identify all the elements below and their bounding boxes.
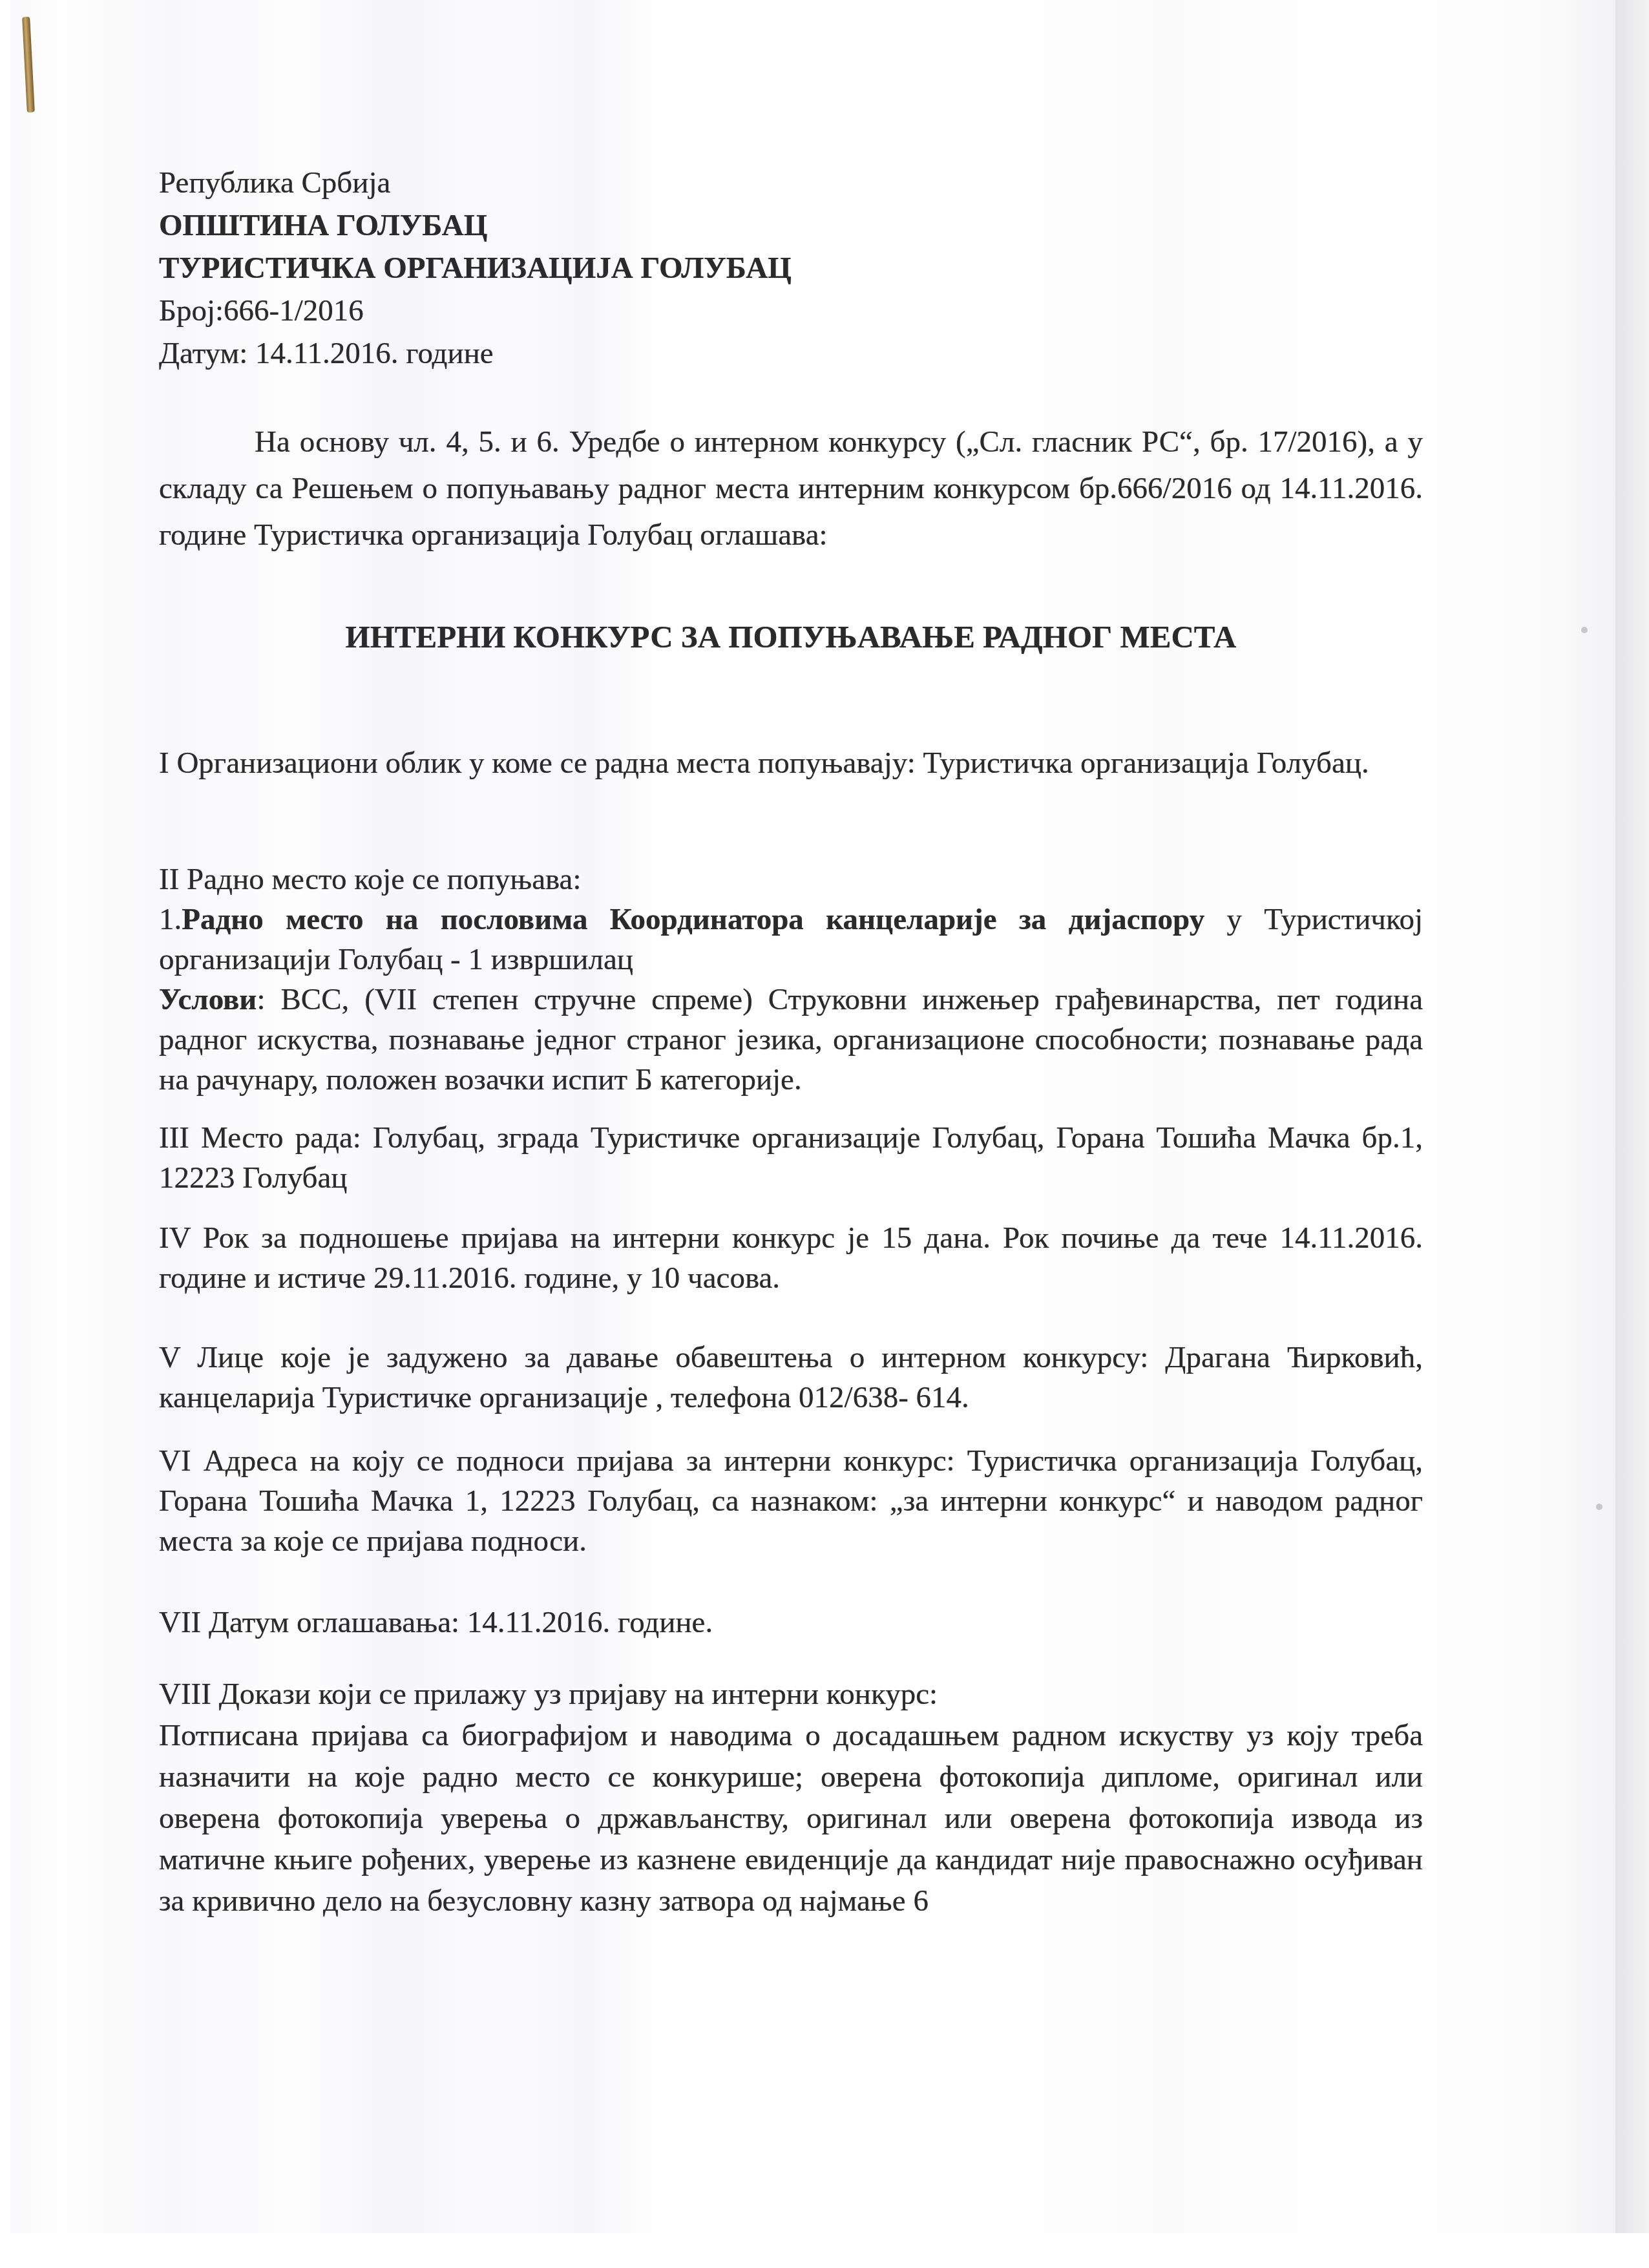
position-number: 1. [159, 903, 182, 936]
section-numeral: II [159, 863, 179, 896]
position-title: Радно место на пословима Координатора ка… [182, 903, 1204, 936]
document-date: Датум: 14.11.2016. године [159, 332, 1423, 375]
section-text: Датум оглашавања: 14.11.2016. године. [209, 1606, 713, 1639]
scan-speck [1581, 627, 1588, 633]
conditions: Услови: ВСС, (VII степен стручне спреме)… [159, 980, 1423, 1100]
intro-text: На основу чл. 4, 5. и 6. Уредбе о интерн… [159, 425, 1423, 552]
country-line: Република Србија [159, 162, 1423, 204]
section-IV: IV Рок за подношење пријава на интерни к… [159, 1218, 1423, 1298]
section-text: Рок за подношење пријава на интерни конк… [159, 1221, 1423, 1295]
document-title: ИНТЕРНИ КОНКУРС ЗА ПОПУЊАВАЊЕ РАДНОГ МЕС… [159, 617, 1423, 657]
section-text: Лице које је задужено за давање обавеште… [159, 1341, 1423, 1414]
intro-paragraph: На основу чл. 4, 5. и 6. Уредбе о интерн… [159, 419, 1423, 558]
section-numeral: IV [159, 1221, 191, 1255]
section-text: Место рада: Голубац, зграда Туристичке о… [159, 1121, 1423, 1195]
section-V: V Лице које је задужено за давање обавеш… [159, 1338, 1423, 1418]
section-numeral: VII [159, 1606, 201, 1639]
municipality-line: ОПШТИНА ГОЛУБАЦ [159, 204, 1423, 247]
section-VI: VI Адреса на коју се подноси пријава за … [159, 1441, 1423, 1561]
section-II: II Радно место које се попуњава: 1.Радно… [159, 859, 1423, 1100]
section-numeral: I [159, 746, 169, 780]
section-I: I Организациони облик у коме се радна ме… [159, 743, 1423, 783]
conditions-text: : ВСС, (VII степен стручне спреме) Струк… [159, 983, 1423, 1097]
section-numeral: V [159, 1341, 180, 1374]
section-numeral: III [159, 1121, 189, 1155]
conditions-label: Услови [159, 983, 257, 1016]
scanner-edge [1615, 0, 1649, 2233]
section-text: Радно место које се попуњава: [187, 863, 581, 896]
scan-speck [1596, 1504, 1602, 1510]
section-text: Адреса на коју се подноси пријава за инт… [159, 1444, 1423, 1558]
section-numeral: VI [159, 1444, 191, 1478]
section-VIII: VIII Докази који се прилажу уз пријаву н… [159, 1674, 1423, 1922]
section-VII: VII Датум оглашавања: 14.11.2016. године… [159, 1602, 1423, 1643]
section-text: Организациони облик у коме се радна мест… [176, 746, 1369, 780]
organization-line: ТУРИСТИЧКА ОРГАНИЗАЦИЈА ГОЛУБАЦ [159, 247, 1423, 289]
letterhead: Република Србија ОПШТИНА ГОЛУБАЦ ТУРИСТИ… [159, 162, 1423, 375]
section-III: III Место рада: Голубац, зграда Туристич… [159, 1118, 1423, 1198]
document-number: Број:666-1/2016 [159, 289, 1423, 332]
section-text: Потписана пријава са биографијом и навод… [159, 1715, 1423, 1922]
position-description: 1.Радно место на пословима Координатора … [159, 899, 1423, 980]
section-numeral: VIII [159, 1677, 211, 1711]
section-heading: Докази који се прилажу уз пријаву на инт… [219, 1677, 938, 1711]
